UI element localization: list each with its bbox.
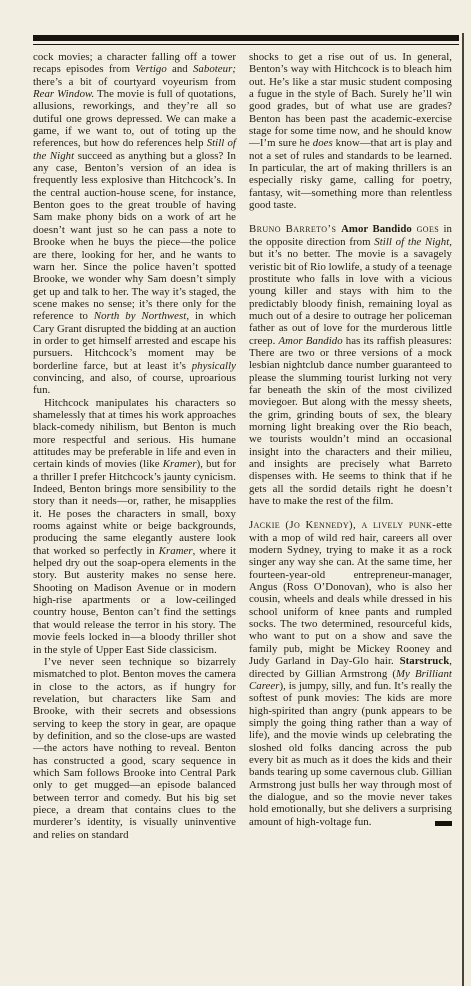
column-left: cock movies; a character falling off a t… <box>33 51 236 841</box>
body-text: , where it helped dry out the soap-opera… <box>33 545 236 656</box>
body-text: has its raffish pleasures: There are two… <box>249 335 452 507</box>
body-text: and <box>167 63 193 75</box>
bold-title-text: Amor Bandido <box>341 223 412 235</box>
magazine-page: cock movies; a character falling off a t… <box>0 0 471 986</box>
small-caps-lead-in: Bruno Barreto’s <box>249 223 341 235</box>
italic-text: Still of the Night <box>374 236 449 248</box>
body-text: there’s a bit of courtyard voyeurism fro… <box>33 76 236 88</box>
italic-text: does <box>313 137 333 149</box>
italic-text: Vertigo <box>135 63 167 75</box>
italic-text: North by Northwest <box>94 310 186 322</box>
body-text: shocks to get a rise out of us. In gener… <box>249 51 452 149</box>
top-thick-rule <box>33 35 459 41</box>
body-text: ette with a mop of wild red hair, career… <box>249 519 452 667</box>
column-right: shocks to get a rise out of us. In gener… <box>249 51 452 841</box>
end-of-article-mark <box>435 821 452 826</box>
italic-text: physically <box>192 360 236 372</box>
article-body: cock movies; a character falling off a t… <box>33 51 452 841</box>
small-caps-lead-in: goes <box>412 223 439 235</box>
paragraph: shocks to get a rise out of us. In gener… <box>249 51 452 211</box>
small-caps-lead-in: Jackie (Jo Kennedy), a lively punk- <box>249 519 436 531</box>
body-text: succeed as anything but a gloss? In any … <box>33 150 236 322</box>
italic-text: Amor Bandido <box>278 335 342 347</box>
body-text: , but it’s no better. The movie is a sav… <box>249 236 452 347</box>
top-thin-rule <box>33 44 459 45</box>
paragraph: cock movies; a character falling off a t… <box>33 51 236 397</box>
paragraph: Hitchcock manipulates his characters so … <box>33 397 236 656</box>
paragraph: Jackie (Jo Kennedy), a lively punk-ette … <box>249 519 452 828</box>
body-text: convincing, and also, of course, uproari… <box>33 372 236 396</box>
paragraph: Bruno Barreto’s Amor Bandido goes in the… <box>249 223 452 507</box>
right-column-rule <box>462 33 464 986</box>
italic-text: Kramer <box>159 545 193 557</box>
paragraph: I’ve never seen technique so bizarrely m… <box>33 656 236 841</box>
body-text: ), but for a thriller I prefer Hitchcock… <box>33 458 236 556</box>
body-text: ), is jumpy, silly, and fun. It’s really… <box>249 680 452 828</box>
italic-text: Kramer <box>163 458 197 470</box>
body-text: I’ve never seen technique so bizarrely m… <box>33 656 236 841</box>
bold-title-text: Starstruck <box>400 655 450 667</box>
italic-text: Rear Window. <box>33 88 94 100</box>
italic-text: Saboteur; <box>193 63 236 75</box>
